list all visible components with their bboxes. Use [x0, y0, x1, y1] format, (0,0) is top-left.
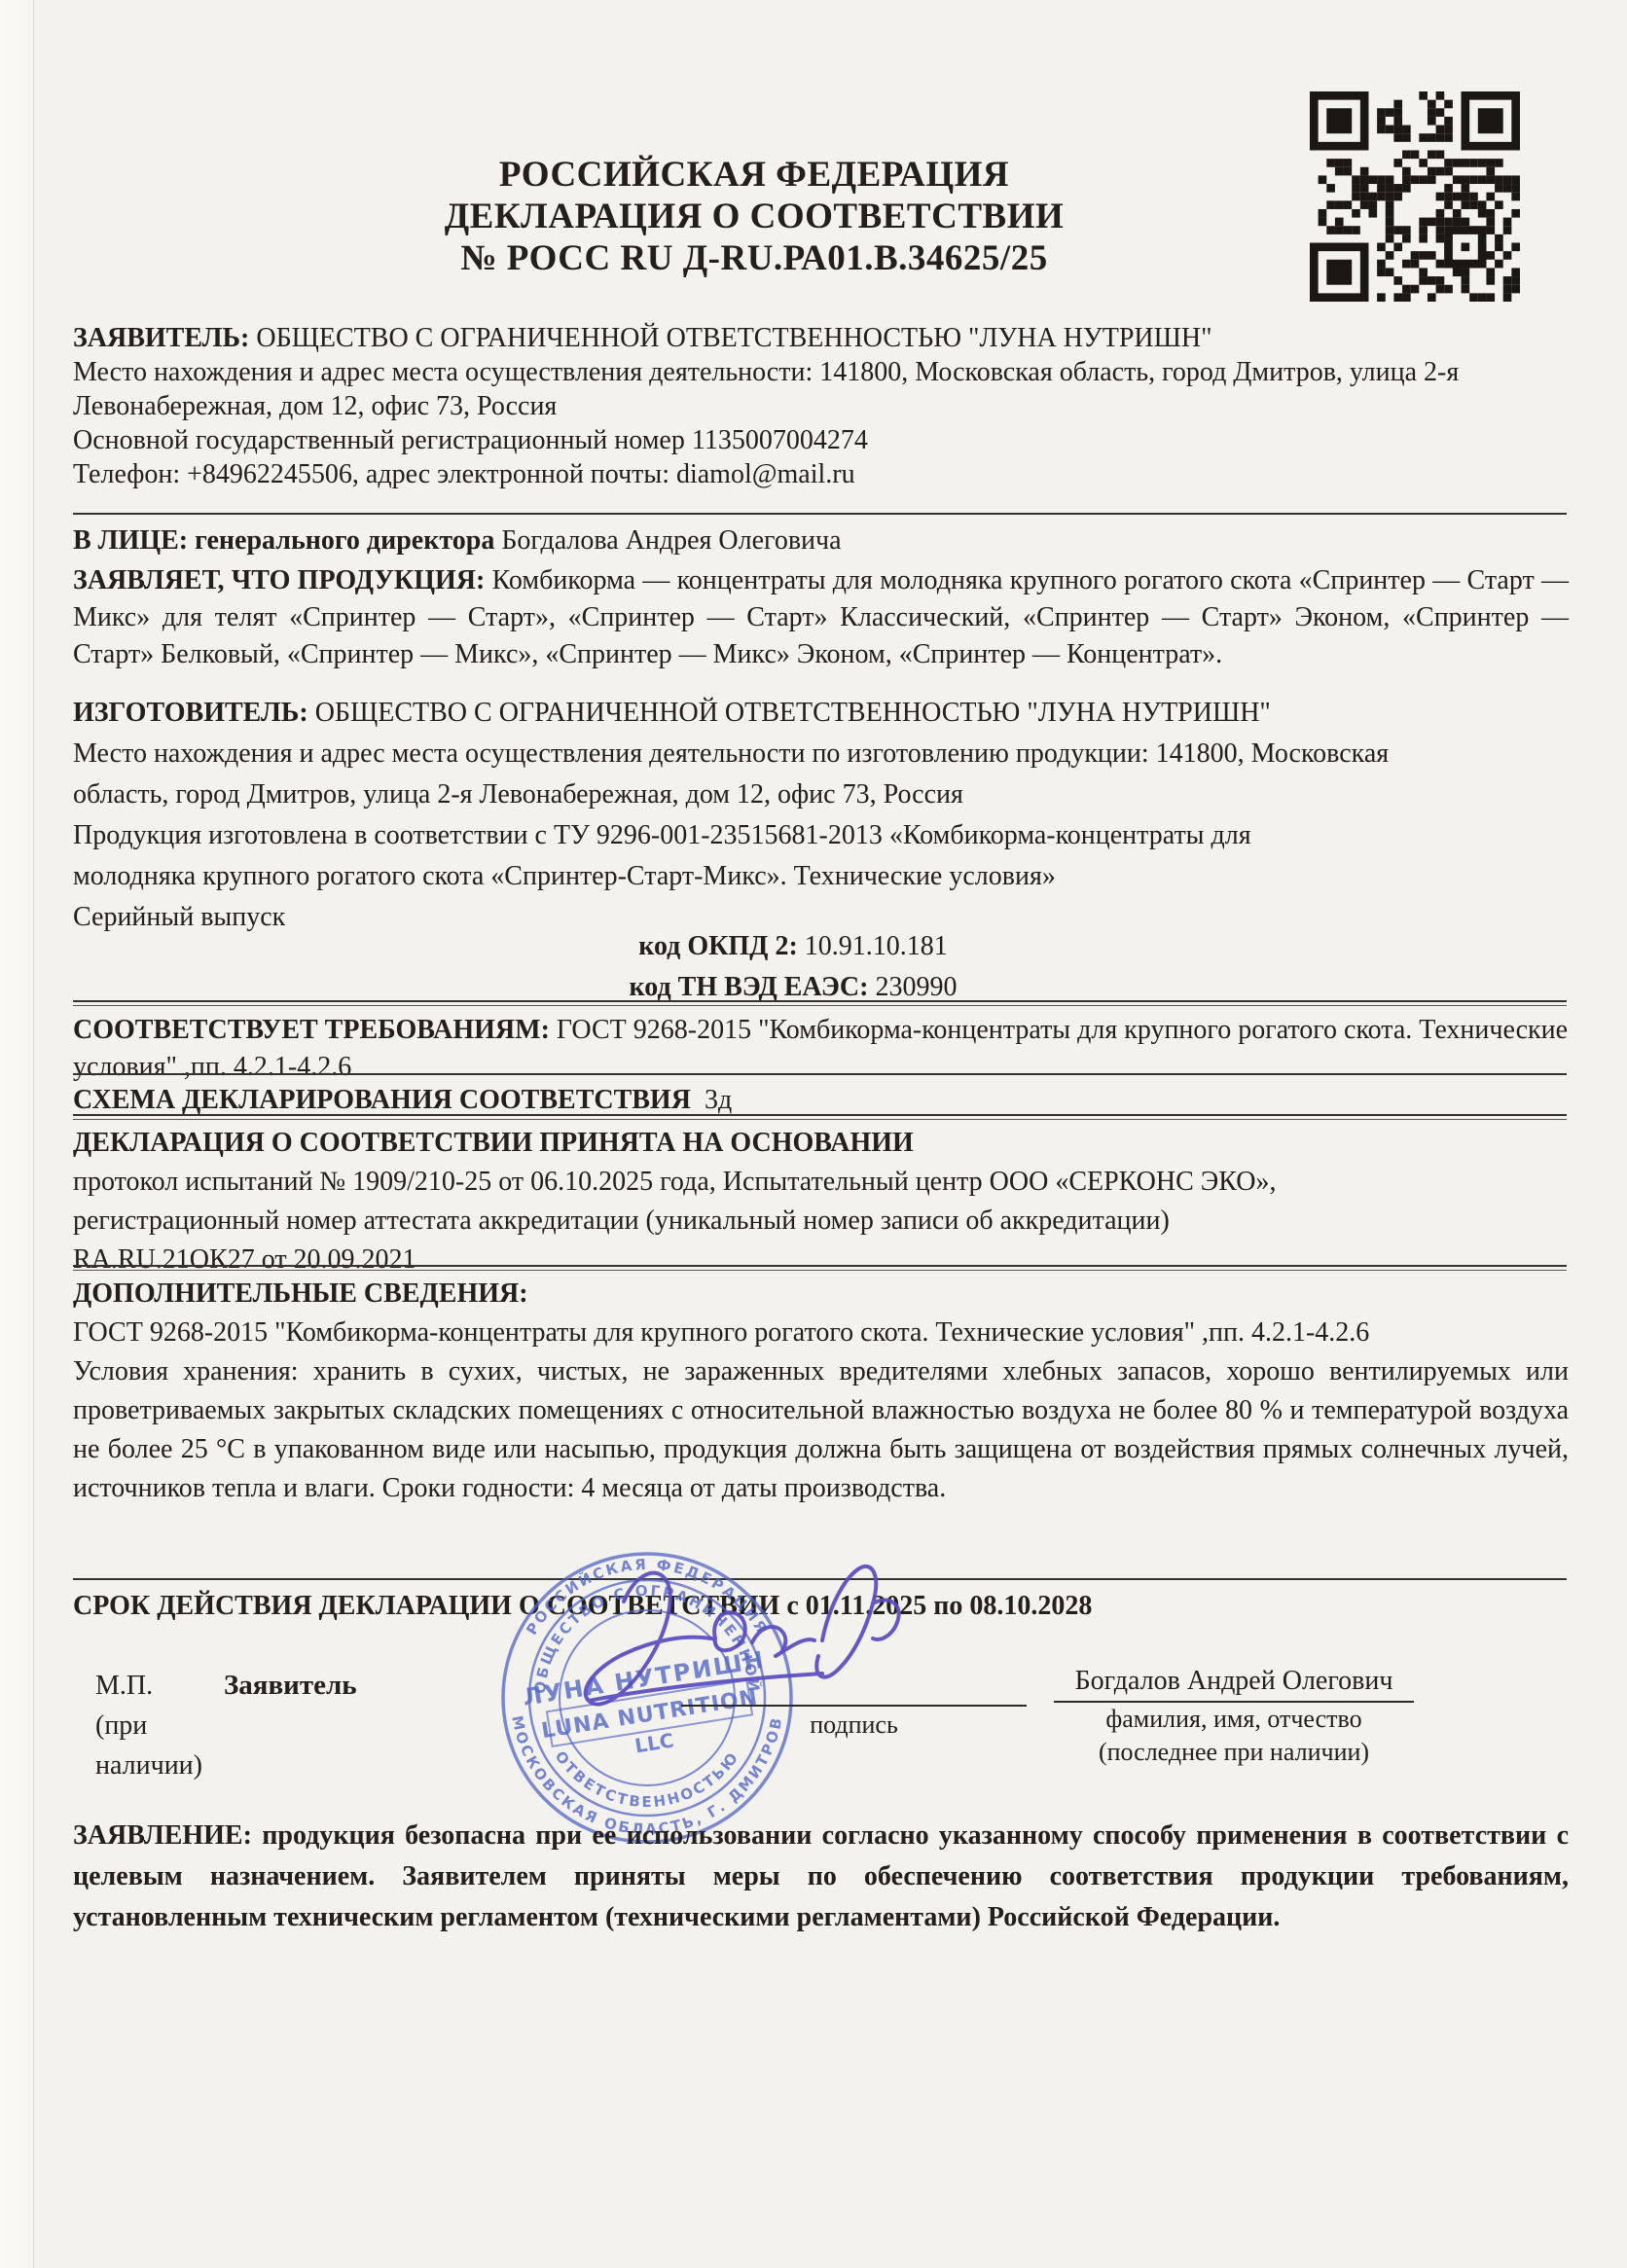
- okpd-label: код ОКПД 2:: [638, 931, 798, 961]
- basis-section: ДЕКЛАРАЦИЯ О СООТВЕТСТВИИ ПРИНЯТА НА ОСН…: [73, 1124, 1569, 1279]
- divider-3: [73, 1073, 1567, 1075]
- in-person-position: генерального директора: [195, 525, 494, 556]
- in-person-label: В ЛИЦЕ:: [73, 525, 188, 556]
- mp-note-2: наличии): [95, 1746, 232, 1785]
- manufacturer-label: ИЗГОТОВИТЕЛЬ:: [73, 698, 308, 728]
- mp-label: М.П.: [95, 1666, 232, 1706]
- divider-2: [73, 1000, 1567, 1006]
- additional-section: ДОПОЛНИТЕЛЬНЫЕ СВЕДЕНИЯ: ГОСТ 9268-2015 …: [73, 1275, 1569, 1508]
- signature-line: [681, 1705, 1027, 1707]
- applicant-label: ЗАЯВИТЕЛЬ:: [73, 323, 249, 353]
- manufacturer-name: ОБЩЕСТВО С ОГРАНИЧЕННОЙ ОТВЕТСТВЕННОСТЬЮ…: [315, 698, 1271, 728]
- applicant-ogrn: Основной государственный регистрационный…: [73, 423, 1569, 457]
- in-person-section: В ЛИЦЕ: генерального директора Богдалова…: [73, 522, 1569, 559]
- in-person-name: Богдалова Андрея Олеговича: [501, 525, 841, 556]
- applicant-section: ЗАЯВИТЕЛЬ: ОБЩЕСТВО С ОГРАНИЧЕННОЙ ОТВЕТ…: [73, 321, 1569, 491]
- signatory-caption-2: (последнее при наличии): [1054, 1736, 1414, 1769]
- document-title: РОССИЙСКАЯ ФЕДЕРАЦИЯ ДЕКЛАРАЦИЯ О СООТВЕ…: [73, 154, 1435, 279]
- okpd-value: 10.91.10.181: [805, 931, 948, 961]
- manufacturer-name-line: ИЗГОТОВИТЕЛЬ: ОБЩЕСТВО С ОГРАНИЧЕННОЙ ОТ…: [73, 693, 1569, 734]
- scan-left-edge: [0, 0, 34, 2268]
- applicant-contacts: Телефон: +84962245506, адрес электронной…: [73, 457, 1569, 491]
- title-doc-number: № РОСС RU Д-RU.РА01.В.34625/25: [73, 237, 1435, 279]
- additional-gost: ГОСТ 9268-2015 "Комбикорма-концентраты д…: [73, 1314, 1569, 1352]
- title-country: РОССИЙСКАЯ ФЕДЕРАЦИЯ: [73, 154, 1435, 196]
- additional-storage: Условия хранения: хранить в сухих, чисты…: [73, 1352, 1569, 1508]
- signatory-name: Богдалов Андрей Олегович: [1054, 1666, 1414, 1697]
- signature-caption: подпись: [681, 1709, 1027, 1742]
- declaration-document-page: РОССИЙСКАЯ ФЕДЕРАЦИЯ ДЕКЛАРАЦИЯ О СООТВЕ…: [0, 0, 1627, 2268]
- manufacturer-address: Место нахождения и адрес места осуществл…: [73, 734, 1435, 815]
- basis-protocol: протокол испытаний № 1909/210-25 от 06.1…: [73, 1163, 1569, 1202]
- declares-section: ЗАЯВЛЯЕТ, ЧТО ПРОДУКЦИЯ: Комбикорма — ко…: [73, 562, 1569, 673]
- additional-label: ДОПОЛНИТЕЛЬНЫЕ СВЕДЕНИЯ:: [73, 1278, 528, 1309]
- tnved-label: код ТН ВЭД ЕАЭС:: [630, 972, 869, 1002]
- scheme-value: 3д: [705, 1085, 732, 1115]
- manufacturer-tu: Продукция изготовлена в соответствии с Т…: [73, 815, 1367, 897]
- conforms-label: СООТВЕТСТВУЕТ ТРЕБОВАНИЯМ:: [73, 1015, 550, 1045]
- mp-note-1: (при: [95, 1706, 232, 1746]
- basis-accreditation-number: RA.RU.21ОК27 от 20.09.2021: [73, 1241, 1569, 1279]
- signatory-column: Богдалов Андрей Олегович фамилия, имя, о…: [1054, 1666, 1414, 1769]
- divider-5: [73, 1265, 1567, 1271]
- scheme-label: СХЕМА ДЕКЛАРИРОВАНИЯ СООТВЕТСТВИЯ: [73, 1085, 691, 1115]
- divider-1: [73, 513, 1567, 515]
- manufacturer-section: ИЗГОТОВИТЕЛЬ: ОБЩЕСТВО С ОГРАНИЧЕННОЙ ОТ…: [73, 693, 1569, 938]
- basis-accreditation: регистрационный номер аттестата аккредит…: [73, 1202, 1569, 1241]
- statement-text: продукция безопасна при ее использовании…: [73, 1820, 1569, 1932]
- statement-label: ЗАЯВЛЕНИЕ:: [73, 1820, 252, 1851]
- applicant-name: ОБЩЕСТВО С ОГРАНИЧЕННОЙ ОТВЕТСТВЕННОСТЬЮ…: [256, 323, 1211, 353]
- applicant-sign-label: Заявитель: [224, 1670, 357, 1702]
- divider-4: [73, 1114, 1567, 1120]
- statement-section: ЗАЯВЛЕНИЕ: продукция безопасна при ее ис…: [73, 1816, 1569, 1938]
- applicant-address: Место нахождения и адрес места осуществл…: [73, 355, 1494, 423]
- basis-label: ДЕКЛАРАЦИЯ О СООТВЕТСТВИИ ПРИНЯТА НА ОСН…: [73, 1128, 914, 1158]
- applicant-name-line: ЗАЯВИТЕЛЬ: ОБЩЕСТВО С ОГРАНИЧЕННОЙ ОТВЕТ…: [73, 321, 1569, 355]
- okpd-code-line: код ОКПД 2: 10.91.10.181: [73, 926, 1513, 967]
- declares-label: ЗАЯВЛЯЕТ, ЧТО ПРОДУКЦИЯ:: [73, 565, 485, 595]
- tnved-value: 230990: [875, 972, 957, 1002]
- stamp-place-column: М.П. (при наличии): [95, 1666, 232, 1785]
- title-doc-type: ДЕКЛАРАЦИЯ О СООТВЕТСТВИИ: [73, 196, 1435, 237]
- signatory-caption-1: фамилия, имя, отчество: [1054, 1703, 1414, 1736]
- codes-section: код ОКПД 2: 10.91.10.181 код ТН ВЭД ЕАЭС…: [73, 926, 1513, 1008]
